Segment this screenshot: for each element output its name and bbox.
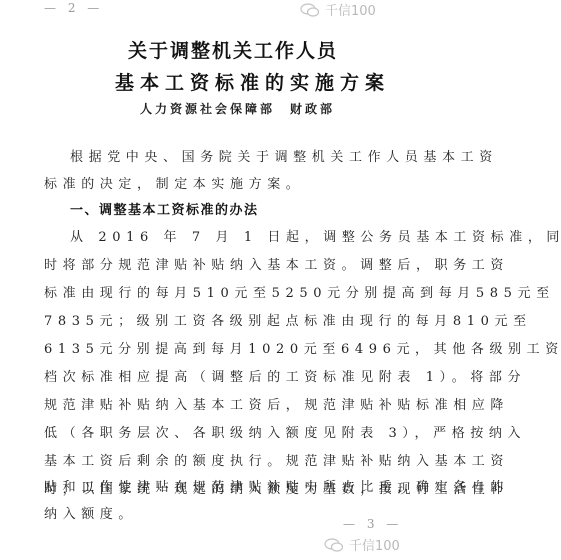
wechat-icon bbox=[300, 3, 320, 17]
body-line: 从 2016 年 7 月 1 日起，调整公务员基本工资标准，同 bbox=[70, 226, 561, 245]
body-line: 纳入额度。 bbox=[44, 503, 137, 522]
body-line: 档次标准相应提高（调整后的工资标准见附表 1）。将部分 bbox=[44, 366, 526, 385]
body-line: 时将部分规范津贴补贴纳入基本工资。调整后，职务工资 bbox=[44, 254, 509, 273]
page-number-bottom: — 3 — bbox=[343, 517, 402, 531]
intro-line: 标准的决定，制定本实施方案。 bbox=[44, 173, 304, 192]
body-line: 规范津贴补贴纳入基本工资后，规范津贴补贴标准相应降 bbox=[44, 394, 509, 413]
document-title-line1: 关于调整机关工作人员 bbox=[128, 36, 338, 63]
intro-line: 根据党中央、国务院关于调整机关工作人员基本工资 bbox=[70, 146, 498, 165]
section-heading: 一、调整基本工资标准的办法 bbox=[70, 199, 259, 218]
body-line: 低（各职务层次、各职级纳入额度见附表 3），严格按纳入 bbox=[44, 422, 526, 441]
watermark-text: 千信100 bbox=[325, 0, 376, 19]
body-line: 基本工资后剩余的额度执行。规范津贴补贴纳入基本工资 bbox=[44, 450, 509, 469]
body-line: 6135元分别提高到每月1020元至6496元，其他各级别工资 bbox=[44, 338, 561, 357]
wechat-icon bbox=[324, 538, 344, 552]
watermark-text: 千信100 bbox=[349, 535, 400, 554]
watermark-top: 千信100 bbox=[300, 0, 376, 19]
document-title-line2: 基本工资标准的实施方案 bbox=[115, 68, 390, 95]
document-issuers: 人力资源社会保障部 财政部 bbox=[140, 100, 335, 117]
body-line: 贴和工作性津贴在规范津贴补贴中所占比重，确定各自的 bbox=[44, 476, 509, 495]
body-line: 7835元；级别工资各级别起点标准由现行的每月810元至 bbox=[44, 310, 532, 329]
page-number-top: — 2 — bbox=[44, 1, 103, 15]
watermark-bottom: 千信100 bbox=[324, 535, 400, 554]
body-line: 标准由现行的每月510元至5250元分别提高到每月585元至 bbox=[44, 282, 555, 301]
